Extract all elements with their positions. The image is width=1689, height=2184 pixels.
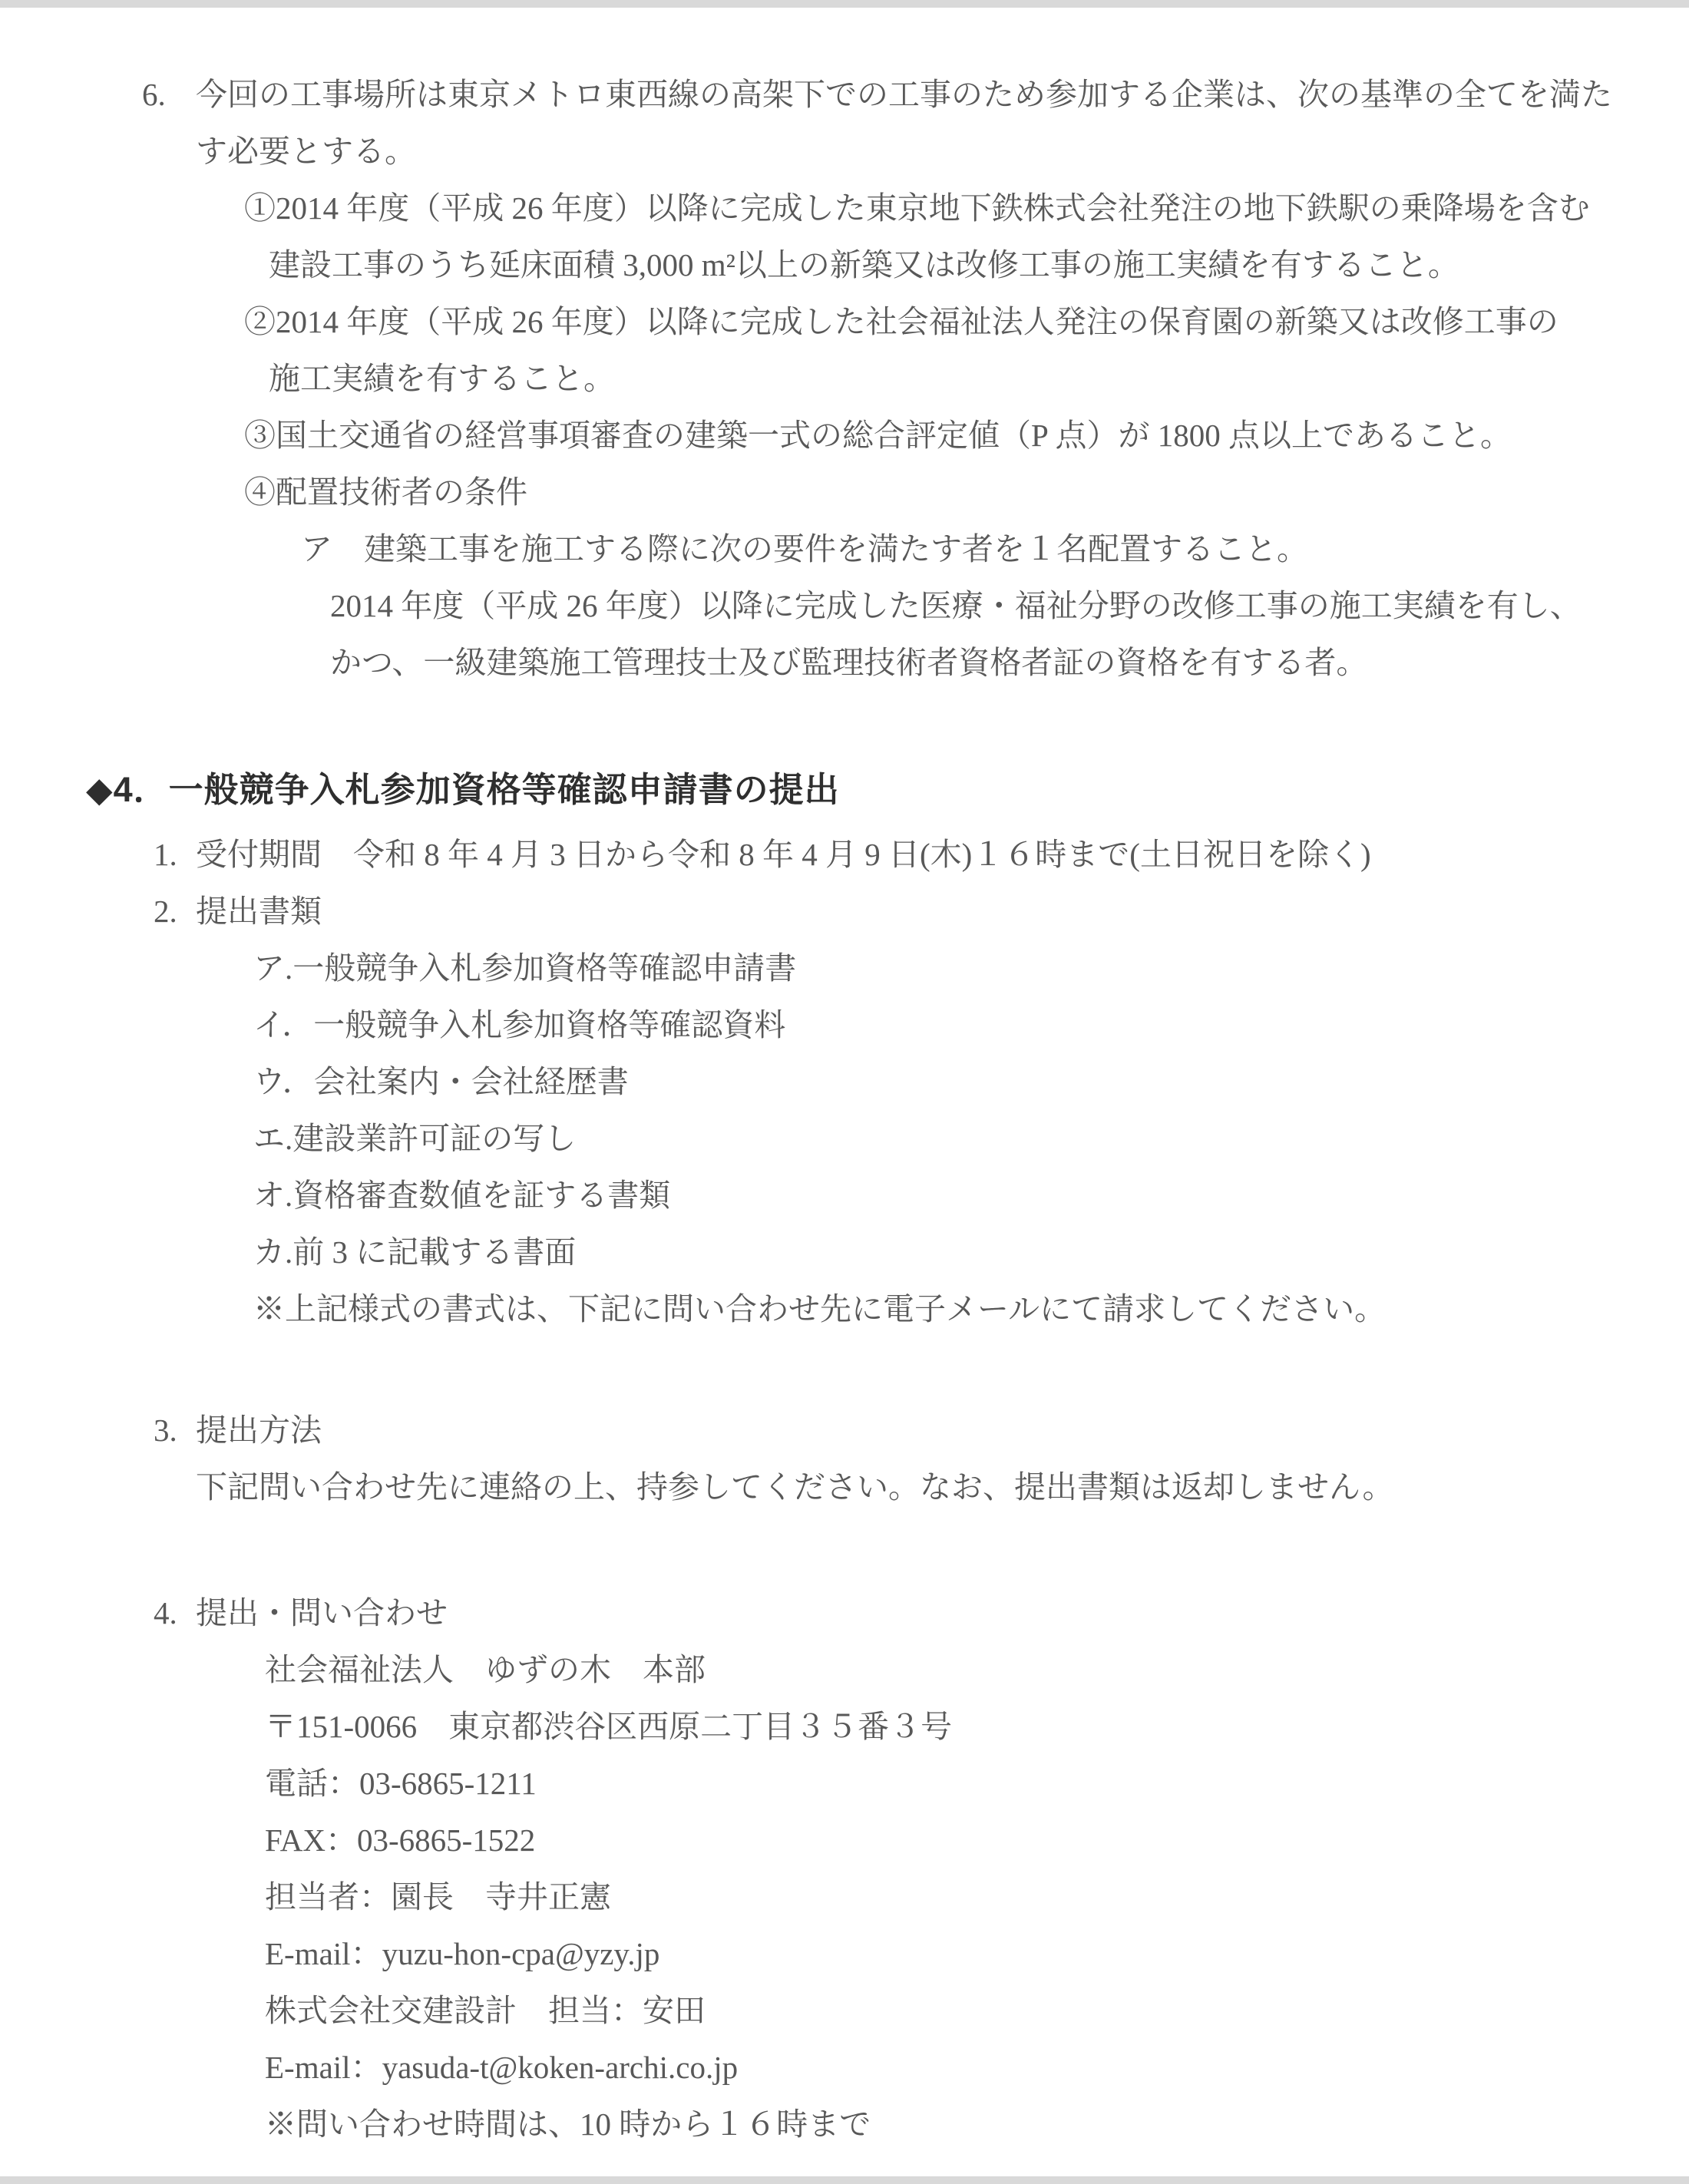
section-4-item-3-number: 3. — [0, 1402, 196, 1459]
criterion-1-line-1: ①2014 年度（平成 26 年度）以降に完成した東京地下鉄株式会社発注の地下鉄… — [0, 180, 1689, 236]
criterion-4-sub-a: ア 建築工事を施工する際に次の要件を満たす者を１名配置すること。 — [0, 520, 1689, 577]
forms-request-note: ※上記様式の書式は、下記に問い合わせ先に電子メールにて請求してください。 — [0, 1280, 1689, 1337]
contact-organization: 社会福祉法人 ゆずの木 本部 — [0, 1641, 1689, 1698]
acceptance-period-text: 受付期間 令和 8 年 4 月 3 日から令和 8 年 4 月 9 日(木)１６… — [196, 826, 1689, 883]
item-6: 6. 今回の工事場所は東京メトロ東西線の高架下での工事のため参加する企業は、次の… — [0, 66, 1689, 123]
doc-list-item-i: イ．一般競争入札参加資格等確認資料 — [0, 996, 1689, 1053]
submission-method-body: 下記問い合わせ先に連絡の上、持参してください。なお、提出書類は返却しません。 — [0, 1459, 1689, 1515]
item-6-line-1: 今回の工事場所は東京メトロ東西線の高架下での工事のため参加する企業は、次の基準の… — [196, 66, 1689, 123]
criterion-4-sub-a-line-2: かつ、一級建築施工管理技士及び監理技術者資格者証の資格を有する者。 — [0, 634, 1689, 691]
criterion-2-line-2: 施工実績を有すること。 — [0, 350, 1689, 407]
section-4-heading: ◆4．一般競争入札参加資格等確認申請書の提出 — [0, 758, 1689, 821]
submission-documents-label: 提出書類 — [196, 883, 1689, 940]
contact-email-2: E-mail：yasuda-t@koken-archi.co.jp — [0, 2039, 1689, 2096]
criterion-1-line-2: 建設工事のうち延床面積 3,000 m²以上の新築又は改修工事の施工実績を有する… — [0, 236, 1689, 293]
doc-list-item-u: ウ．会社案内・会社経歴書 — [0, 1053, 1689, 1110]
doc-list-item-ka: カ.前 3 に記載する書面 — [0, 1224, 1689, 1280]
item-6-line-2: す必要とする。 — [0, 123, 1689, 180]
section-4-item-3: 3. 提出方法 — [0, 1402, 1689, 1459]
criterion-4: ④配置技術者の条件 — [0, 464, 1689, 520]
submission-method-label: 提出方法 — [196, 1402, 1689, 1459]
contact-address: 〒151-0066 東京都渋谷区西原二丁目３５番３号 — [0, 1698, 1689, 1755]
doc-list-item-a: ア.一般競争入札参加資格等確認申請書 — [0, 940, 1689, 996]
contact-person: 担当者：園長 寺井正憲 — [0, 1868, 1689, 1925]
contact-hours-note: ※問い合わせ時間は、10 時から１６時まで — [0, 2096, 1689, 2153]
doc-list-item-e: エ.建設業許可証の写し — [0, 1110, 1689, 1167]
criterion-3: ③国土交通省の経営事項審査の建築一式の総合評定値（P 点）が 1800 点以上で… — [0, 407, 1689, 464]
scan-artifact-top — [0, 0, 1689, 8]
criterion-4-sub-a-line-1: 2014 年度（平成 26 年度）以降に完成した医療・福祉分野の改修工事の施工実… — [0, 577, 1689, 634]
section-4-item-1: 1. 受付期間 令和 8 年 4 月 3 日から令和 8 年 4 月 9 日(木… — [0, 826, 1689, 883]
contact-fax: FAX：03-6865-1522 — [0, 1812, 1689, 1868]
document-page: 6. 今回の工事場所は東京メトロ東西線の高架下での工事のため参加する企業は、次の… — [0, 0, 1689, 2184]
criterion-2-line-1: ②2014 年度（平成 26 年度）以降に完成した社会福祉法人発注の保育園の新築… — [0, 293, 1689, 350]
contact-company: 株式会社交建設計 担当：安田 — [0, 1982, 1689, 2039]
doc-list-item-o: オ.資格審査数値を証する書類 — [0, 1167, 1689, 1224]
section-4-item-2-number: 2. — [0, 883, 196, 940]
section-4-item-1-number: 1. — [0, 826, 196, 883]
contact-section-label: 提出・問い合わせ — [196, 1584, 1689, 1641]
section-4-item-2: 2. 提出書類 — [0, 883, 1689, 940]
contact-email-1: E-mail：yuzu-hon-cpa@yzy.jp — [0, 1925, 1689, 1982]
contact-telephone: 電話：03-6865-1211 — [0, 1755, 1689, 1812]
section-4-item-4: 4. 提出・問い合わせ — [0, 1584, 1689, 1641]
section-4-item-4-number: 4. — [0, 1584, 196, 1641]
item-6-number: 6. — [0, 66, 196, 123]
scan-artifact-bottom — [0, 2176, 1689, 2184]
